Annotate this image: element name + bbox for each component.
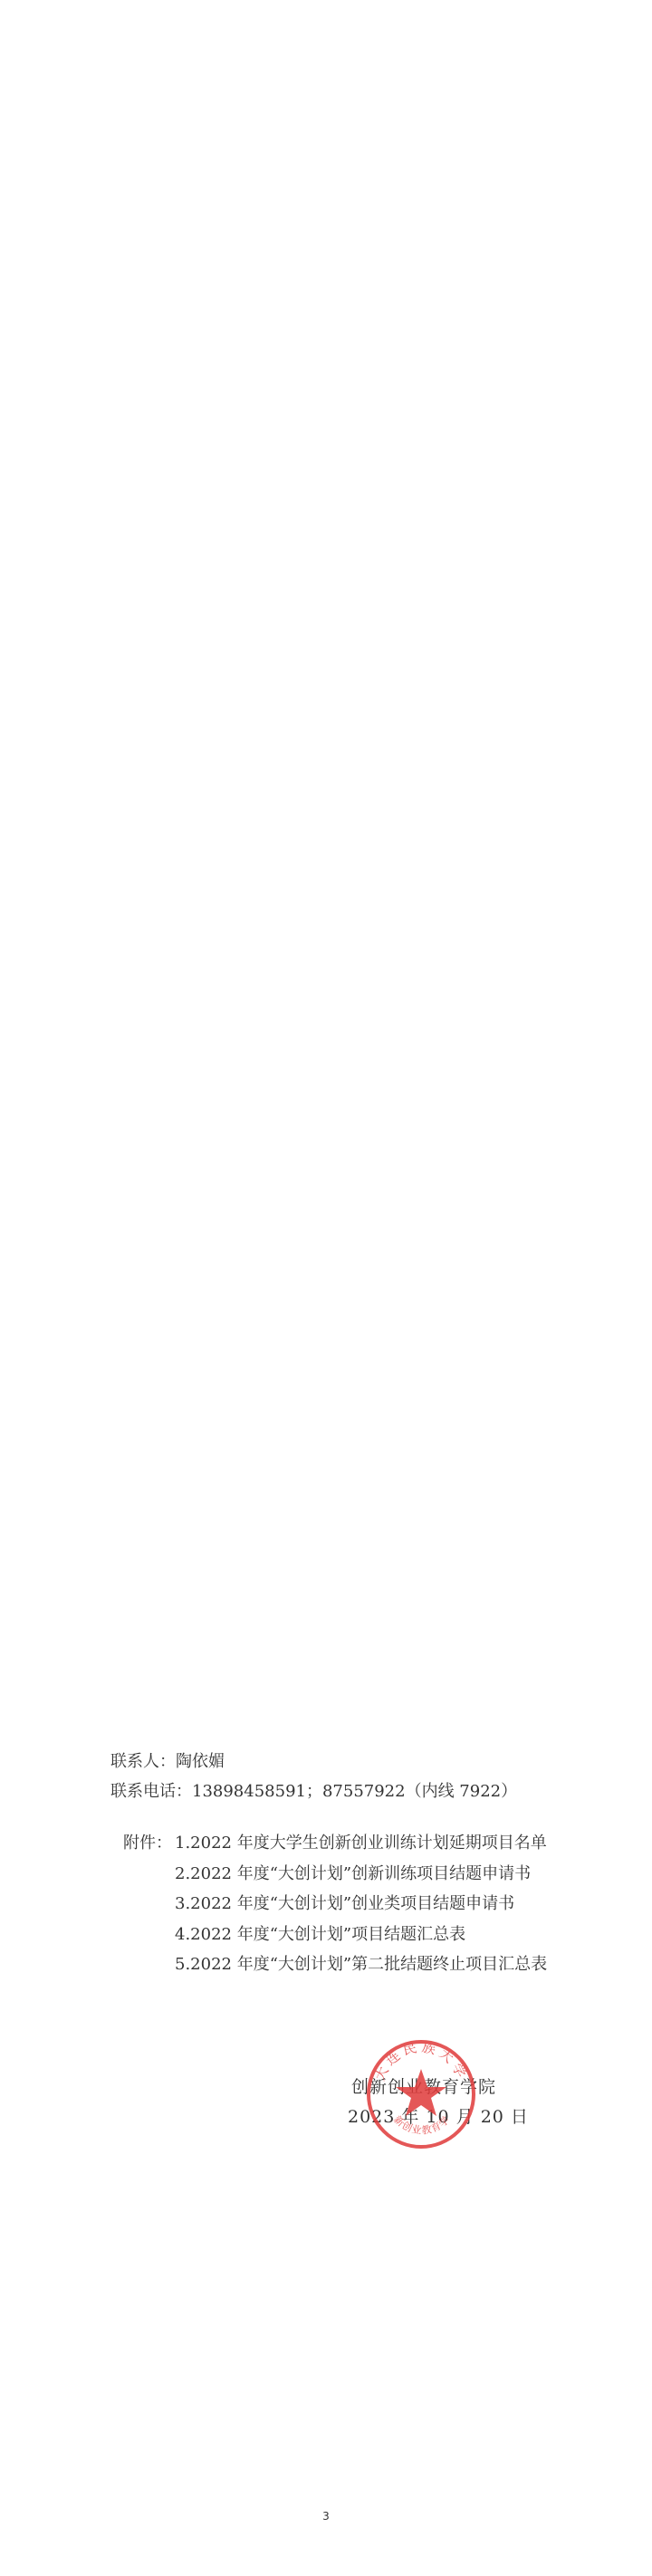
attachment-item: 4.2022 年度“大创计划”项目结题汇总表 bbox=[175, 1920, 465, 1949]
contact-person: 联系人：陶依媚 bbox=[110, 1748, 225, 1776]
page-3: 联系人：陶依媚 联系电话：13898458591；87557922（内线 792… bbox=[0, 0, 652, 2576]
attachments-label: 附件： bbox=[123, 1829, 172, 1858]
attachment-item: 1.2022 年度大学生创新创业训练计划延期项目名单 bbox=[175, 1829, 547, 1858]
attachment-item: 5.2022 年度“大创计划”第二批结题终止项目汇总表 bbox=[175, 1950, 547, 1979]
attachment-item: 2.2022 年度“大创计划”创新训练项目结题申请书 bbox=[175, 1860, 531, 1889]
official-seal-icon: 大连民族大学 创新创业教育学院 bbox=[365, 2038, 477, 2150]
attachment-item: 3.2022 年度“大创计划”创业类项目结题申请书 bbox=[175, 1890, 514, 1919]
page-number: 3 bbox=[0, 2510, 652, 2523]
contact-phone: 联系电话：13898458591；87557922（内线 7922） bbox=[110, 1777, 517, 1806]
